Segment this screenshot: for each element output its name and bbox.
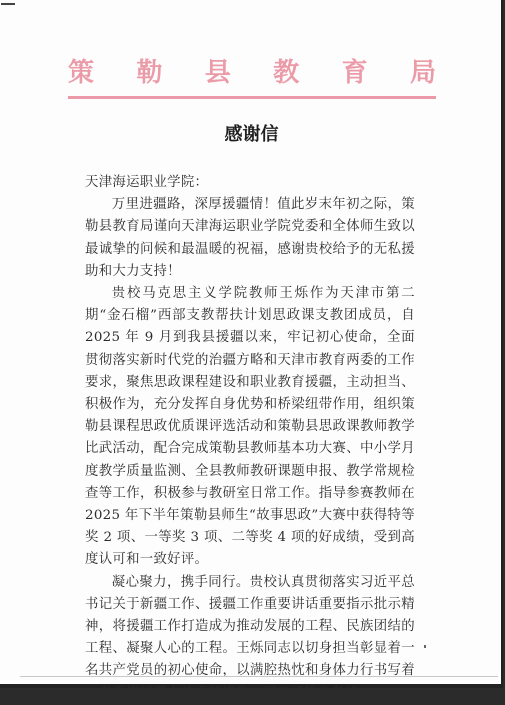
scan-corner-mark xyxy=(1,3,15,5)
paragraph: 凝心聚力，携手同行。贵校认真贯彻落实习近平总书记关于新疆工作、援疆工作重要讲话重… xyxy=(85,572,415,692)
paragraph: 万里进疆路，深厚援疆情！值此岁末年初之际，策勒县教育局谨向天津海运职业学院党委和… xyxy=(85,194,415,283)
scan-speck xyxy=(424,645,426,648)
letter-page: 策 勒 县 教 育 局 感谢信 天津海运职业学院： 万里进疆路，深厚援疆情！值此… xyxy=(0,0,503,688)
letterhead-char: 教 xyxy=(273,56,299,90)
document-title: 感谢信 xyxy=(0,120,503,146)
page-bottom-edge xyxy=(20,676,498,677)
letterhead-char: 策 xyxy=(68,56,94,90)
letterhead-char: 县 xyxy=(205,56,231,90)
letterhead-char: 育 xyxy=(342,56,368,90)
letterhead: 策 勒 县 教 育 局 xyxy=(68,56,436,90)
letter-body: 天津海运职业学院： 万里进疆路，深厚援疆情！值此岁末年初之际，策勒县教育局谨向天… xyxy=(85,172,415,692)
salutation: 天津海运职业学院： xyxy=(85,172,415,194)
paragraph: 贵校马克思主义学院教师王烁作为天津市第二期“金石榴”西部支教帮扶计划思政课支教团… xyxy=(85,283,415,572)
letterhead-divider xyxy=(68,96,436,99)
letterhead-char: 勒 xyxy=(136,56,162,90)
letterhead-char: 局 xyxy=(410,56,436,90)
